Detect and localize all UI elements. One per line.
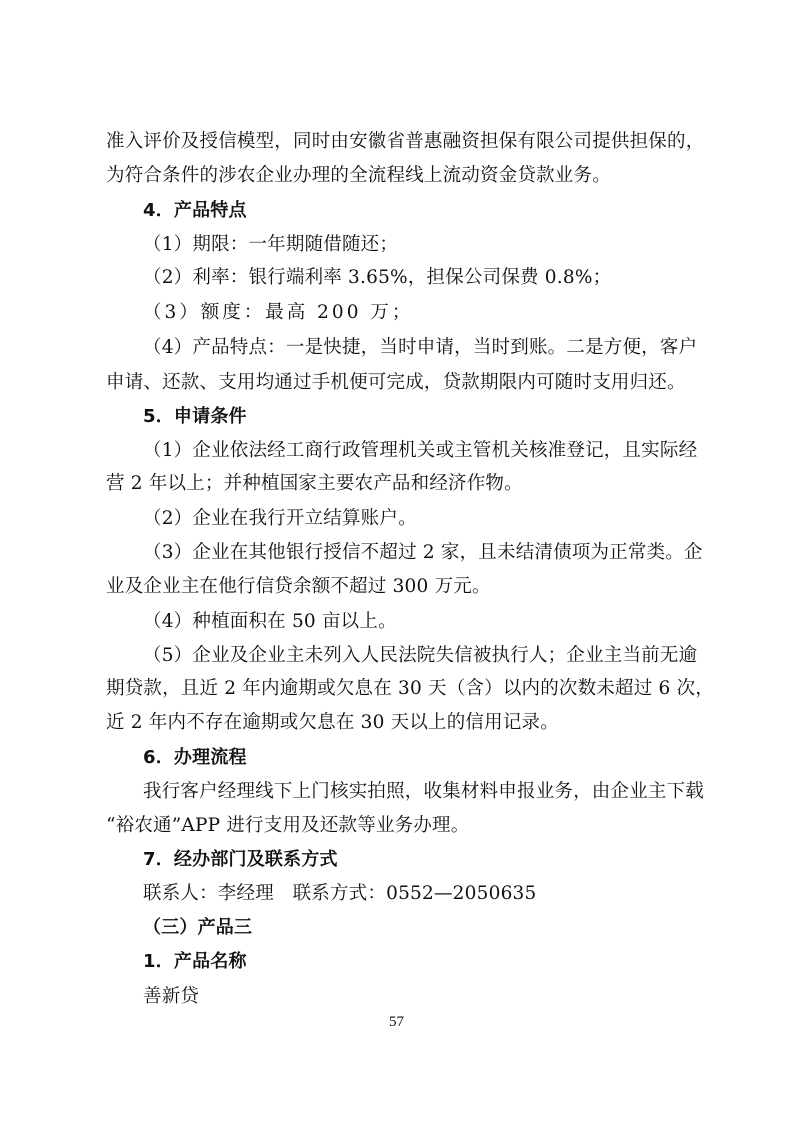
- paragraph-line: 营 2 年以上；并种植国家主要农产品和经济作物。: [106, 472, 690, 496]
- paragraph-line: （2）利率：银行端利率 3.65%，担保公司保费 0.8%；: [143, 266, 727, 290]
- paragraph-line: （5）企业及企业主未列入人民法院失信被执行人；企业主当前无逾: [143, 644, 727, 668]
- paragraph-line: （4）产品特点：一是快捷，当时申请，当时到账。二是方便，客户: [143, 336, 727, 360]
- page-number: 57: [0, 1014, 793, 1031]
- paragraph-line: （3）企业在其他银行授信不超过 2 家，且未结清债项为正常类。企: [143, 541, 727, 565]
- paragraph-line: 我行客户经理线下上门核实拍照，收集材料申报业务，由企业主下载: [143, 780, 727, 804]
- paragraph-line: 为符合条件的涉农企业办理的全流程线上流动资金贷款业务。: [106, 164, 690, 188]
- section-heading: （三）产品三: [143, 916, 727, 940]
- paragraph-line: 善新贷: [143, 985, 727, 1009]
- paragraph-line: 业及企业主在他行信贷余额不超过 300 万元。: [106, 575, 690, 599]
- paragraph-line: （3）额度：最高 200 万；: [143, 301, 727, 325]
- section-heading: 4．产品特点: [143, 199, 727, 223]
- paragraph-line: 期贷款，且近 2 年内逾期或欠息在 30 天（含）以内的次数未超过 6 次，: [106, 677, 690, 701]
- paragraph-line: “裕农通”APP 进行支用及还款等业务办理。: [106, 814, 690, 838]
- paragraph-line: （1）期限：一年期随借随还；: [143, 233, 727, 257]
- paragraph-line: 联系人：李经理 联系方式：0552—2050635: [143, 882, 727, 906]
- paragraph-line: 准入评价及授信模型，同时由安徽省普惠融资担保有限公司提供担保的，: [106, 130, 690, 154]
- paragraph-line: （4）种植面积在 50 亩以上。: [143, 610, 727, 634]
- section-heading: 1．产品名称: [143, 950, 727, 974]
- paragraph-line: 申请、还款、支用均通过手机便可完成，贷款期限内可随时支用归还。: [106, 371, 690, 395]
- section-heading: 6．办理流程: [143, 746, 727, 770]
- document-page: 准入评价及授信模型，同时由安徽省普惠融资担保有限公司提供担保的，为符合条件的涉农…: [0, 0, 793, 1122]
- paragraph-line: （2）企业在我行开立结算账户。: [143, 507, 727, 531]
- paragraph-line: 近 2 年内不存在逾期或欠息在 30 天以上的信用记录。: [106, 711, 690, 735]
- section-heading: 7．经办部门及联系方式: [143, 848, 727, 872]
- paragraph-line: （1）企业依法经工商行政管理机关或主管机关核准登记，且实际经: [143, 439, 727, 463]
- section-heading: 5．申请条件: [143, 405, 727, 429]
